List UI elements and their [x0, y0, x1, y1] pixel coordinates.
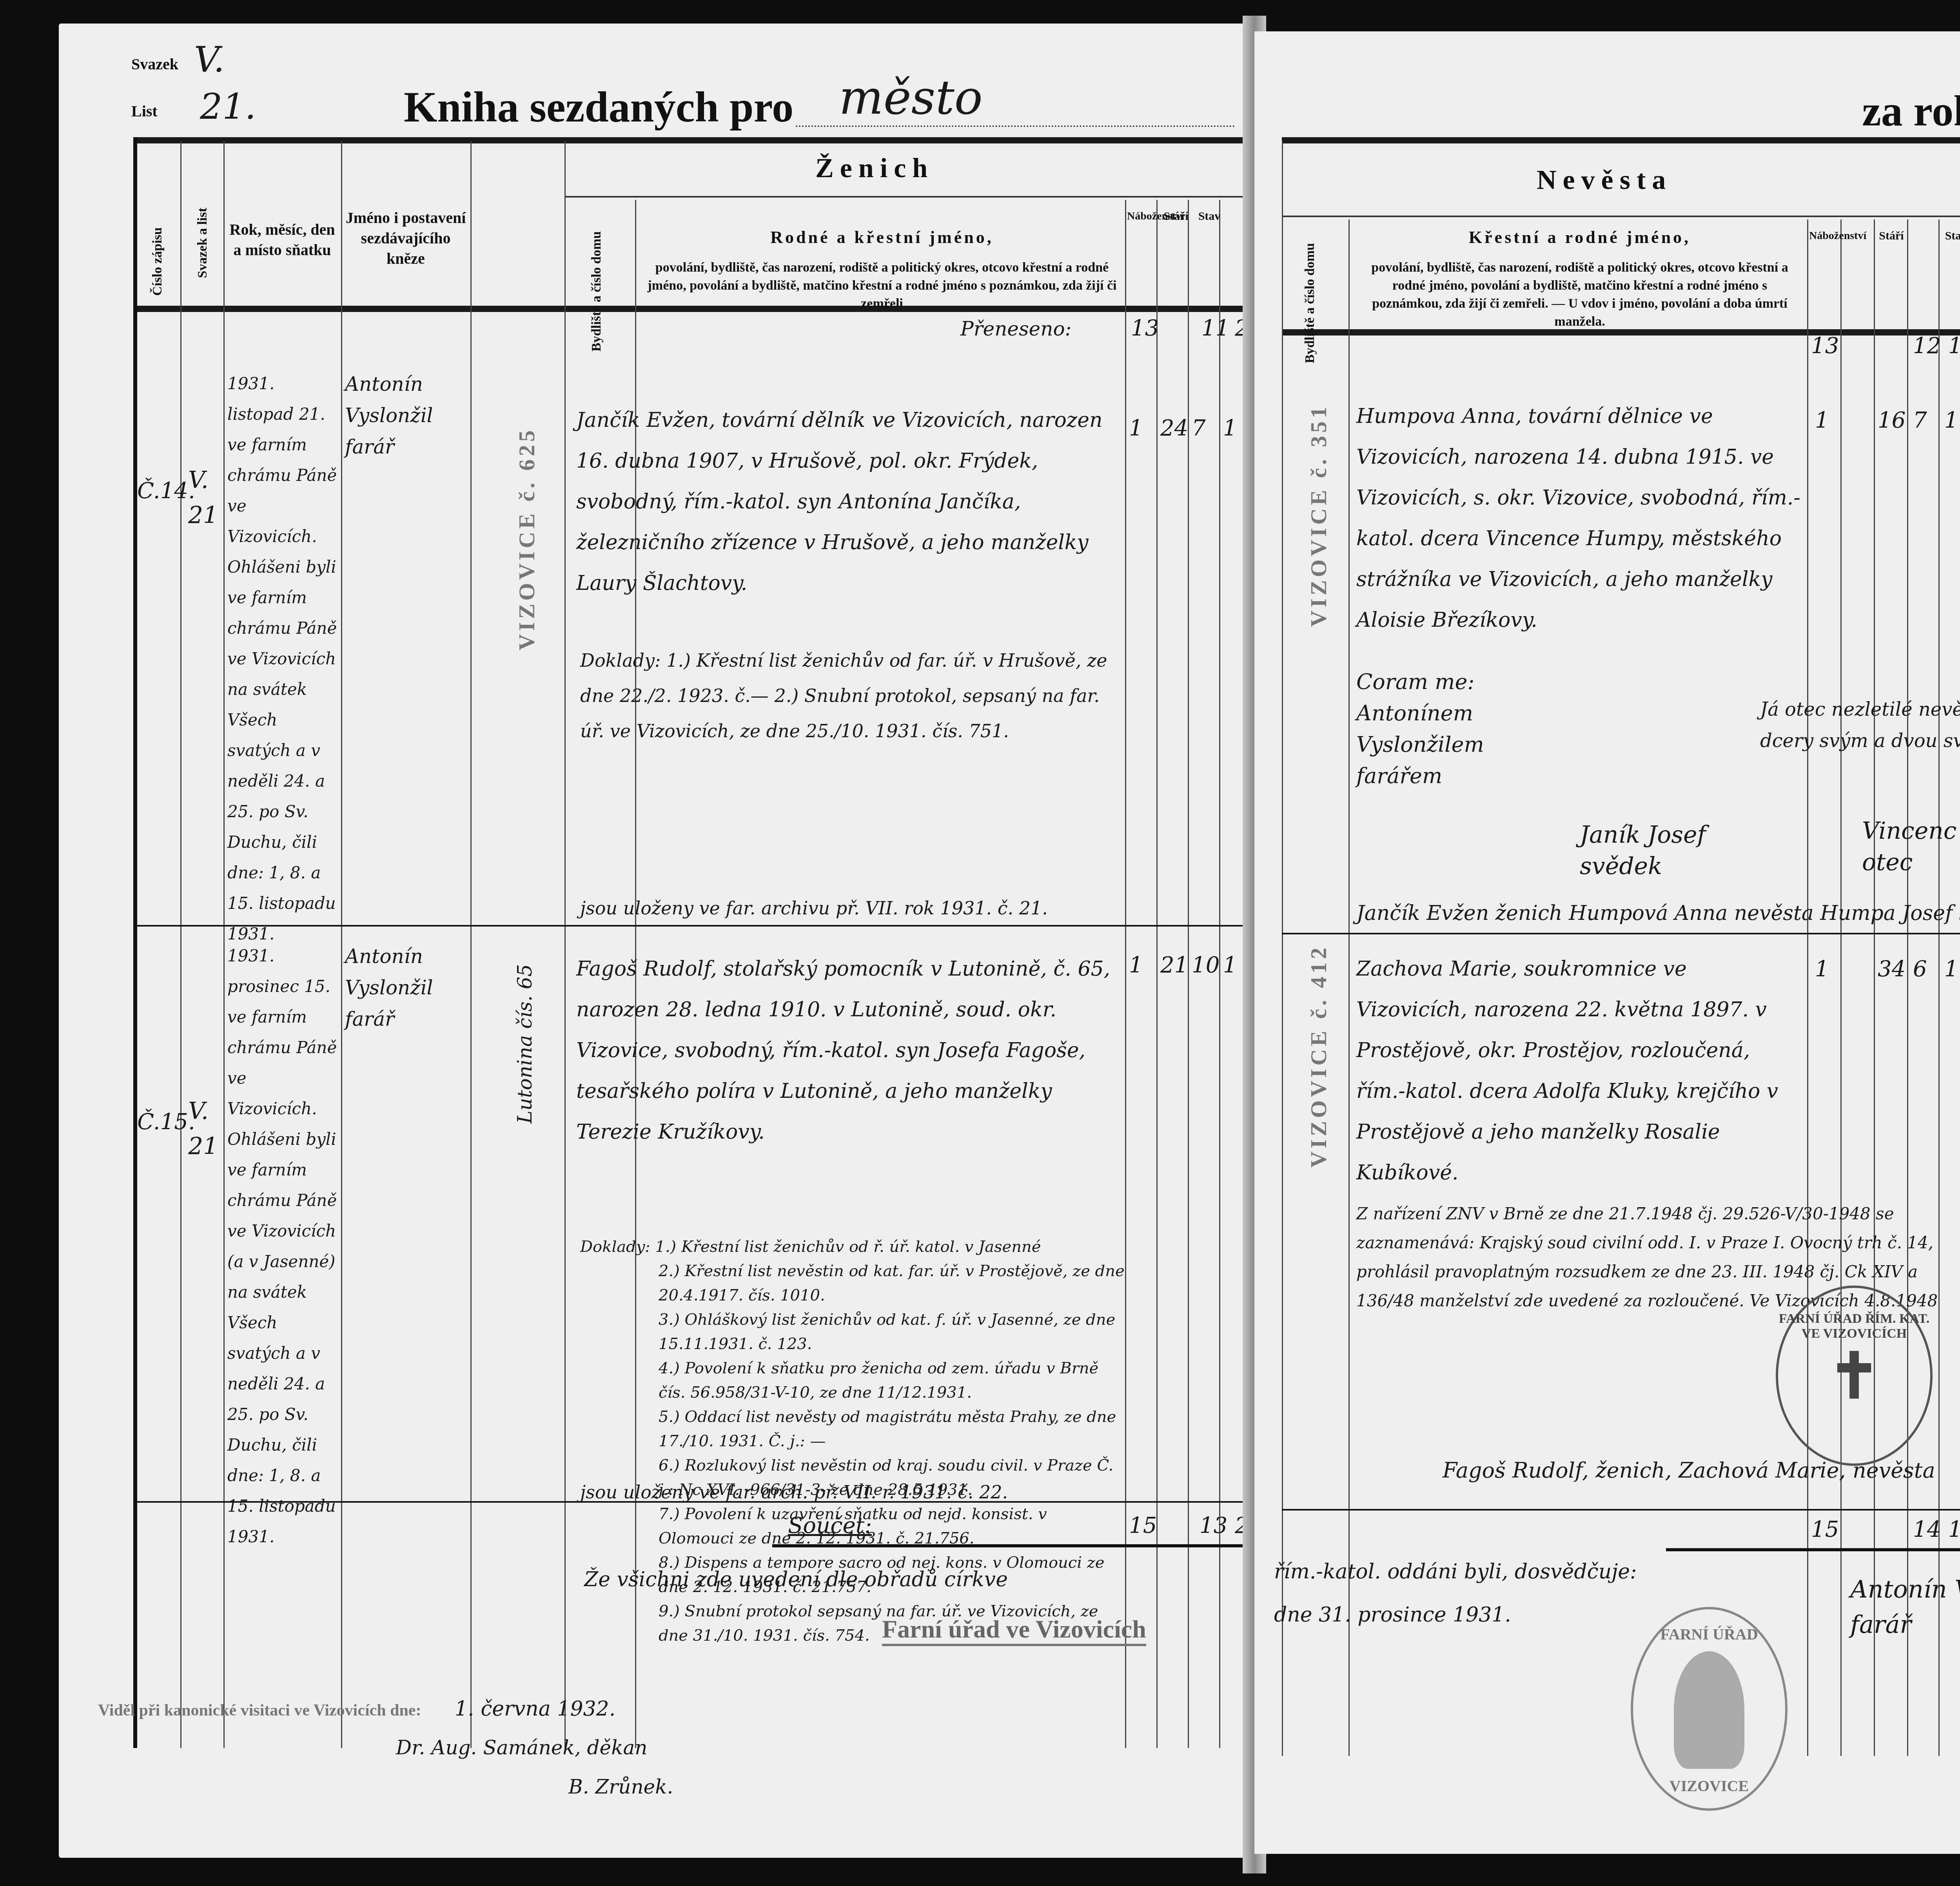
totals-bride-kat: 15 — [1811, 1517, 1839, 1542]
totals-groom-kat: 15 — [1129, 1513, 1157, 1538]
entry-15-groom-house: Lutonina čís. 65 — [514, 964, 536, 1124]
entry-15-list: 21 — [188, 1133, 218, 1160]
carried-groom-svobodny: 11 — [1201, 316, 1229, 341]
entry-15-groom-kat: 1 — [1129, 952, 1143, 978]
entry-14-bride-roky: 16 — [1878, 408, 1906, 433]
register-spread: Svazek V. List 21. Kniha sezdaných pro m… — [0, 0, 1960, 1886]
entry-14-date: 1931. listopad 21. ve farním chrámu Páně… — [227, 368, 341, 949]
left-page: Svazek V. List 21. Kniha sezdaných pro m… — [59, 24, 1254, 1858]
entry-14-groom-kat: 1 — [1129, 415, 1143, 441]
carried-bride-svobodna: 12 — [1913, 333, 1941, 359]
parish-seal-cross: FARNÍ ÚŘAD ŘÍM. KAT. VE VIZOVICÍCH ✝ — [1776, 1286, 1933, 1466]
doc-5: 5.) Oddací list nevěsty od magistrátu mě… — [580, 1405, 1125, 1453]
entry-14-bride-text: Humpova Anna, tovární dělnice ve Vizovic… — [1356, 396, 1803, 640]
col-svazek-list: Svazek a list — [194, 208, 211, 278]
entry-14-groom-house: VIZOVICE č. 625 — [514, 427, 540, 651]
col-krestni-title: Křestní a rodné jméno, — [1356, 227, 1803, 248]
parish-seal-saint: FARNÍ ÚŘAD VIZOVICE — [1631, 1607, 1788, 1811]
entry-15-groom-svobodny: 1 — [1223, 952, 1237, 978]
entry-14-signatures: Jančík Evžen ženich Humpová Anna nevěsta… — [1356, 901, 1960, 925]
entry-14-svazek: V. — [188, 466, 209, 494]
doc-1: Doklady: 1.) Křestní list ženichův od ř.… — [580, 1235, 1125, 1259]
entry-15-groom-mesice: 10 — [1192, 952, 1220, 978]
visitation-signer-1: Dr. Aug. Samánek, děkan — [396, 1736, 647, 1759]
entry-14-groom-docs: Doklady: 1.) Křestní list ženichův od fa… — [580, 643, 1121, 749]
entry-14-groom-text: Jančík Evžen, tovární dělník ve Vizovicí… — [576, 400, 1121, 604]
col-stav: Stav — [1194, 208, 1225, 225]
entry-14-groom-archive: jsou uloženy ve far. archivu př. VII. ro… — [580, 898, 1048, 919]
certification-text-left: Že všichni zde uvedení dle obřadů církve — [584, 1568, 1008, 1591]
list-value: 21. — [200, 86, 256, 127]
entry-14-priest: Antonín Vyslonžil farář — [345, 368, 466, 462]
col-bride-bydliste: Bydliště a číslo domu — [1301, 243, 1319, 363]
seal-1-text: FARNÍ ÚŘAD ŘÍM. KAT. VE VIZOVICÍCH — [1779, 1311, 1929, 1341]
entry-14-groom-svobodny: 1 — [1223, 415, 1237, 441]
col-rodne-title: Rodné a křestní jméno, — [643, 227, 1121, 248]
seal-2-bottom: VIZOVICE — [1633, 1777, 1785, 1795]
visitation-signer-2: B. Zrůnek. — [568, 1775, 673, 1798]
entry-14-bride-svobodna: 1 — [1944, 408, 1958, 433]
entry-15-signatures: Fagoš Rudolf, ženich, Zachová Marie, nev… — [1443, 1458, 1935, 1483]
entry-14-bride-kat: 1 — [1815, 408, 1829, 433]
nevesta-title: Nevěsta — [1537, 165, 1672, 196]
entry-14-groom-mesice: 7 — [1192, 415, 1206, 441]
entry-14-list: 21 — [188, 502, 218, 529]
col-rodne-desc: povolání, bydliště, čas narození, rodišt… — [647, 259, 1117, 313]
carried-bride-vdova: 1 — [1948, 333, 1960, 359]
col-bride-stari: Stáří — [1876, 227, 1907, 245]
visitation-printed: Viděl při kanonické visitaci ve Vizovicí… — [98, 1701, 421, 1720]
entry-14-coram: Coram me: Antonínem Vyslonžilem farářem — [1356, 666, 1576, 792]
totals-label: Součet: — [788, 1513, 872, 1538]
entry-15-bride-mesice: 6 — [1913, 956, 1927, 982]
certification-signature: Antonín Vyslonžil farář — [1850, 1572, 1960, 1642]
certification-text-right: řím.-katol. oddáni byli, dosvědčuje: — [1274, 1560, 1637, 1583]
entry-15-bride-kat: 1 — [1815, 956, 1829, 982]
entry-14-sig-witness: Janík Josef svědek — [1580, 819, 1737, 882]
col-nabozenstvi: Náboženství — [1127, 208, 1158, 225]
entry-14-bride-house: VIZOVICE č. 351 — [1305, 404, 1332, 627]
col-bride-nabozenstvi: Náboženství — [1809, 227, 1840, 245]
col-bydliste: Bydliště a číslo domu — [588, 231, 605, 352]
entry-15-bride-text: Zachova Marie, soukromnice ve Vizovicích… — [1356, 948, 1803, 1193]
entry-15-bride-house: VIZOVICE č. 412 — [1305, 945, 1332, 1168]
right-page: za rok 19 31. Nevěsta Svědci Bydliště a … — [1254, 31, 1960, 1854]
title-dotted-line — [796, 125, 1235, 127]
cross-icon: ✝ — [1778, 1341, 1930, 1412]
doc-3: 3.) Ohláškový list ženichův od kat. f. ú… — [580, 1308, 1125, 1356]
list-label: List — [131, 102, 158, 120]
carried-bride-kat: 13 — [1811, 333, 1839, 359]
saint-figure-icon — [1674, 1651, 1744, 1769]
totals-bride-vdova: 1 — [1948, 1517, 1960, 1542]
col-cislo-zapisu: Číslo zápisu — [149, 227, 166, 296]
entry-15-bride-roky: 34 — [1878, 956, 1906, 982]
entry-14-groom-roky: 24 — [1160, 415, 1188, 441]
doc-4: 4.) Povolení k sňatku pro ženicha od zem… — [580, 1356, 1125, 1405]
entry-15-groom-text: Fagoš Rudolf, stolařský pomocník v Luton… — [576, 948, 1121, 1152]
carried-over-label: Přeneseno: — [960, 317, 1071, 340]
entry-15-cislo: Č.15. — [137, 1109, 195, 1135]
svazek-label: Svazek — [131, 55, 178, 73]
entry-15-groom-archive: jsou uloženy ve far. arch. př. VII. r. 1… — [580, 1482, 1008, 1503]
col-jmeno-knez: Jméno i postavení sezdávajícího kněze — [345, 208, 466, 269]
carried-groom-kat: 13 — [1131, 316, 1159, 341]
parish-office-stamp: Farní úřad ve Vizovicích — [882, 1615, 1146, 1646]
totals-bride-svobodna: 14 — [1913, 1517, 1941, 1542]
totals-groom-svobodny: 13 — [1200, 1513, 1227, 1538]
book-title: Kniha sezdaných pro — [404, 82, 793, 132]
doc-2: 2.) Křestní list nevěstin od kat. far. ú… — [580, 1259, 1125, 1308]
seal-2-top: FARNÍ ÚŘAD — [1633, 1625, 1785, 1643]
entry-15-priest: Antonín Vyslonžil farář — [345, 941, 466, 1035]
entry-15-svazek: V. — [188, 1097, 209, 1125]
col-rok-mesic: Rok, měsíc, den a místo sňatku — [227, 219, 337, 260]
entry-14-consent: Já otec nezletilé nevěsty svoluji k tomu… — [1760, 694, 1960, 756]
entry-14-sig-father: Vincenc Humpa otec — [1862, 815, 1960, 878]
entry-15-groom-roky: 21 — [1160, 952, 1188, 978]
visitation-date: 1. června 1932. — [455, 1697, 615, 1721]
col-krestni-desc: povolání, bydliště, čas narození, rodišt… — [1356, 259, 1803, 331]
certification-date: dne 31. prosince 1931. — [1274, 1603, 1511, 1627]
zenich-title: Ženich — [815, 153, 934, 184]
col-stari: Stáří — [1160, 208, 1192, 225]
entry-15-date: 1931. prosinec 15. ve farním chrámu Páně… — [227, 941, 341, 1552]
year-label: za rok 19 — [1862, 86, 1960, 136]
entry-14-cislo: Č.14. — [137, 478, 195, 504]
entry-15-bride-svobodna: 1 — [1944, 956, 1958, 982]
book-title-value: město — [839, 71, 983, 125]
entry-14-bride-mesice: 7 — [1913, 408, 1927, 433]
col-bride-stav: Stav — [1940, 227, 1960, 245]
svazek-value: V. — [194, 39, 225, 80]
